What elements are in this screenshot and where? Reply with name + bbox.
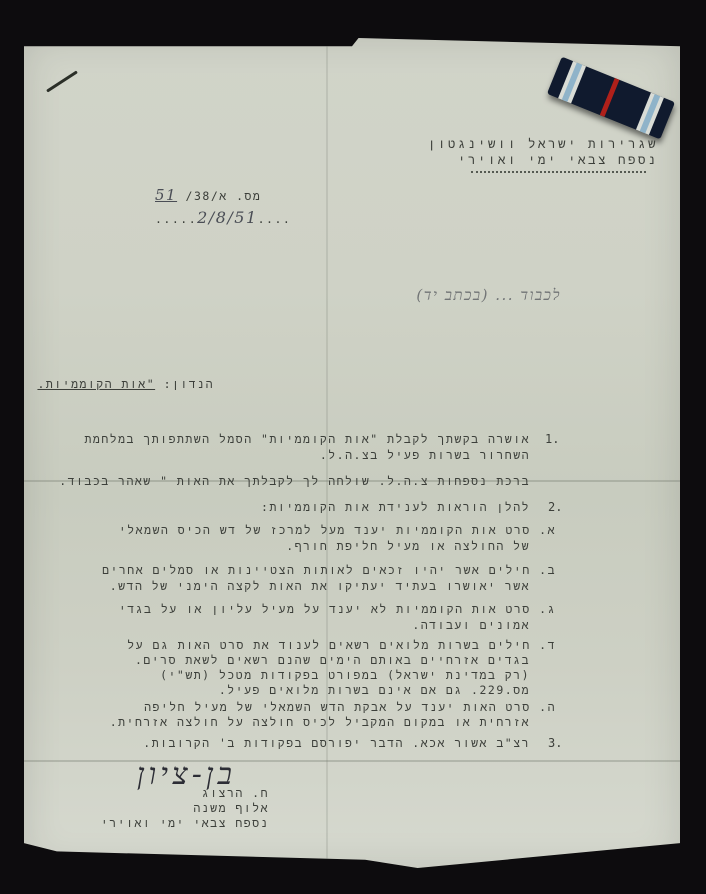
subitem-letter: ה. bbox=[539, 700, 556, 714]
item-number: 3. bbox=[548, 736, 562, 750]
subitem-text: סרט האות יענד על אבקת הדש השמאלי של מעיל… bbox=[144, 700, 531, 714]
reference-block: 51 מס. א/38/ bbox=[155, 188, 261, 204]
subject-label: הנדון: bbox=[164, 377, 214, 391]
subitem-g-line2: אמונים ועבודה. bbox=[412, 618, 530, 633]
item-1-line-2: השחרור בשרות פעיל בצ.ה.ל. bbox=[320, 448, 530, 463]
subitem-g: ג. סרט אות הקוממיות לא יענד על מעיל עליו… bbox=[119, 602, 556, 617]
item-3-line: רצ"ב אשור אכא. הדבר יפורסם בפקודות ב' הק… bbox=[143, 736, 530, 751]
signature-rank: אלוף משנה bbox=[193, 801, 269, 816]
subject-title: "אות הקוממיות. bbox=[37, 377, 155, 391]
reference-date: 2/8/51 bbox=[197, 208, 258, 227]
subitem-text: סרט אות הקוממיות יענד מעל למרכז של דש הכ… bbox=[119, 523, 531, 537]
subitem-a-line2: של החולצה או מעיל חליפת חורף. bbox=[286, 539, 530, 554]
subitem-text: חילים בשרות מלואים רשאים לענוד את סרט הא… bbox=[127, 638, 530, 652]
subitem-h: ה. סרט האות יענד על אבקת הדש השמאלי של מ… bbox=[144, 700, 556, 715]
item-1-line-1: אושרה בקשתך לקבלת "אות הקוממיות" הסמל הש… bbox=[85, 432, 530, 447]
letterhead-line2: נספח צבאי ימי ואוירי bbox=[458, 152, 658, 167]
item-1b-line: ברכת נספחות צ.ה.ל. שולחה לך לקבלתך את הא… bbox=[59, 474, 530, 489]
subitem-letter: א. bbox=[539, 523, 556, 537]
letterhead-line1: שגרירות ישראל וושינגטון bbox=[428, 136, 658, 151]
fold-line bbox=[24, 760, 680, 762]
item-number: 2. bbox=[548, 500, 562, 514]
subitem-letter: ב. bbox=[539, 563, 556, 577]
subitem-text: סרט אות הקוממיות לא יענד על מעיל עליון א… bbox=[119, 602, 531, 616]
reference-label: מס. א/38/ bbox=[186, 189, 262, 203]
subitem-d-line2: בגדים אזרחיים באותם הימים שהנם רשאים לשא… bbox=[135, 653, 530, 668]
reference-number: 51 bbox=[155, 186, 177, 204]
subitem-b-line2: אשר יאושרו בעתיד יעתיקו את האות לקצה הימ… bbox=[110, 579, 530, 594]
addressee-handwritten: לכבוד ... (בכתב יד) bbox=[416, 288, 561, 303]
subitem-d-line3: (רק במדינת ישראל) במפורט בפקודות מטכל (ת… bbox=[160, 668, 530, 683]
signature-name: ח. הרצוג bbox=[202, 786, 269, 801]
subitem-d-line4: מס.229. גם אם אינם בשרות מלואים פעיל. bbox=[219, 683, 530, 698]
subject-line: הנדון: "אות הקוממיות. bbox=[37, 377, 214, 392]
reference-date-line: .....2/8/51.... bbox=[155, 210, 291, 227]
subitem-letter: ד. bbox=[539, 638, 556, 652]
item-number: 1. bbox=[545, 432, 559, 446]
subitem-d: ד. חילים בשרות מלואים רשאים לענוד את סרט… bbox=[127, 638, 556, 653]
letterhead-rule bbox=[471, 171, 646, 173]
subitem-text: חילים אשר יהיו זכאים לאותות הצטיינות או … bbox=[102, 563, 531, 577]
subitem-h-line2: אזרחית או במקום המקביל לכיס חולצה על חול… bbox=[110, 715, 530, 730]
subitem-a: א. סרט אות הקוממיות יענד מעל למרכז של דש… bbox=[119, 523, 556, 538]
subitem-letter: ג. bbox=[539, 602, 556, 616]
subitem-b: ב. חילים אשר יהיו זכאים לאותות הצטיינות … bbox=[102, 563, 556, 578]
item-2-line: להלן הוראות לענידת אות הקוממיות: bbox=[261, 500, 530, 515]
signature-title: נספח צבאי ימי ואוירי bbox=[101, 816, 269, 831]
